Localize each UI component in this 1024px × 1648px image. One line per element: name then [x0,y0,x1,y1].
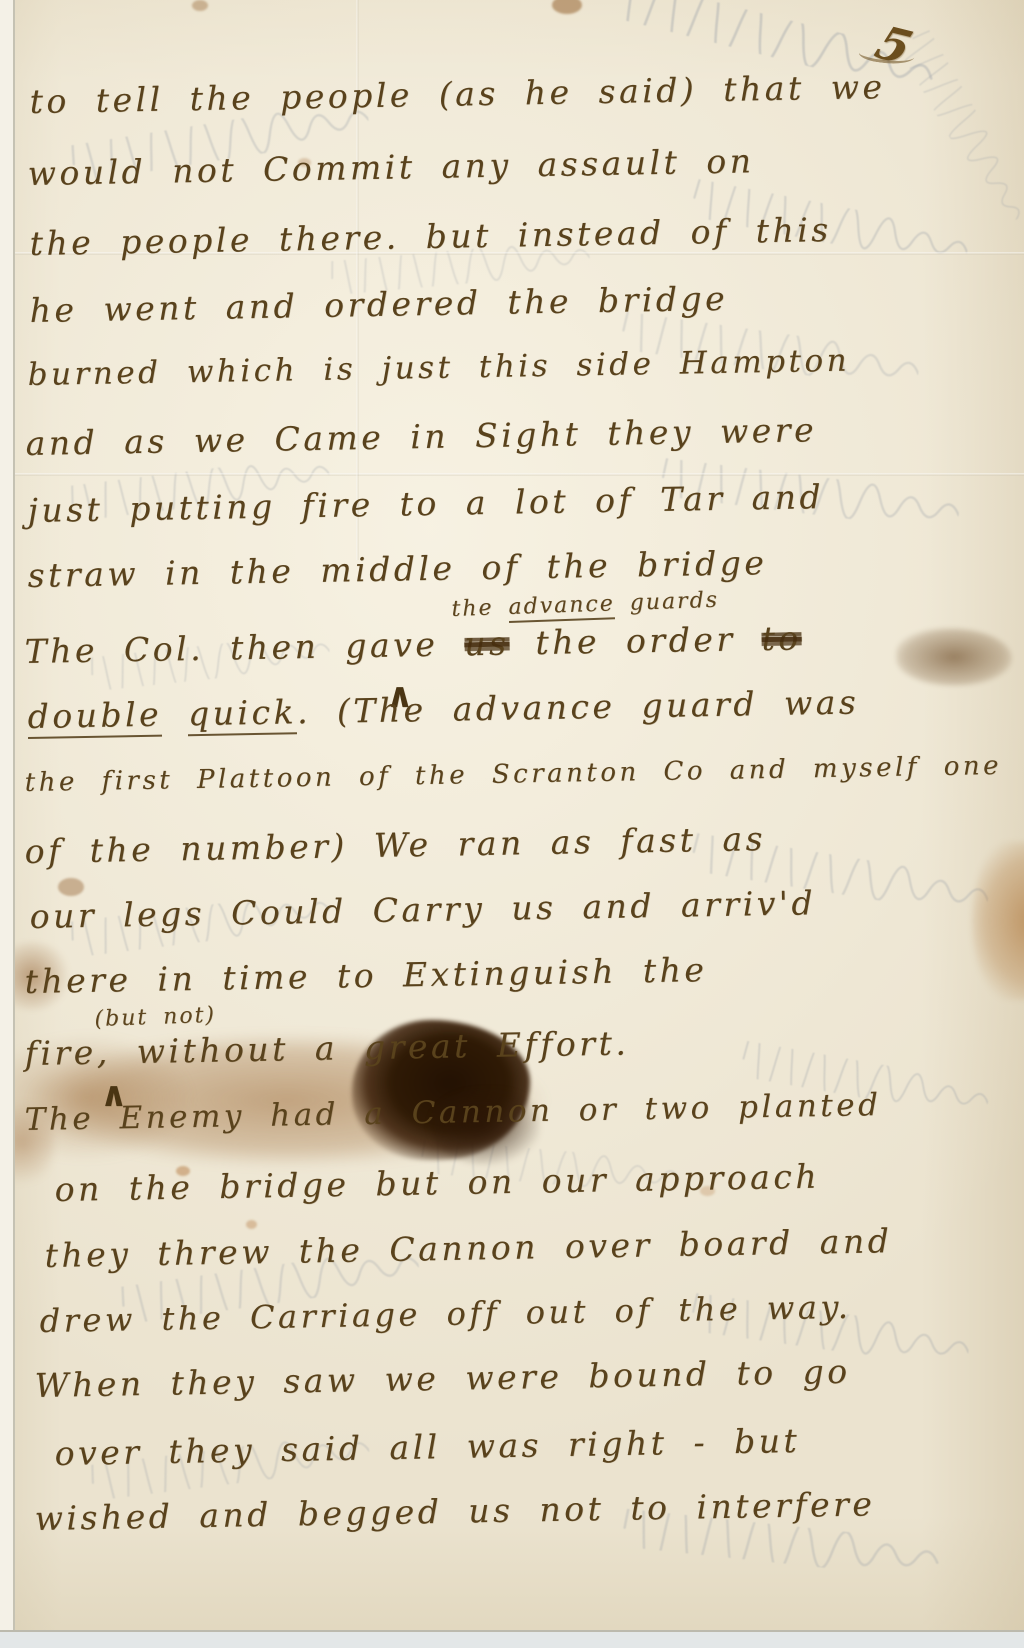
manuscript-line: of the number) We ran as fast as [24,819,766,871]
text-segment: our legs Could Carry us and arriv'd [29,883,816,936]
text-segment: double [27,695,162,739]
text-segment: advance [508,591,615,623]
text-segment: The Col. then gave [24,624,464,671]
fox-spot [192,0,208,11]
text-segment: straw in the middle of the bridge [27,543,767,595]
text-segment: the [451,595,509,622]
manuscript-line: double quick. (The advance guard was [27,682,859,736]
manuscript-line: on the bridge but on our approach [54,1157,820,1209]
manuscript-line: the people there. but instead of this [29,210,832,263]
text-segment: over they said all was right - but [54,1421,800,1473]
manuscript-line: to tell the people (as he said) that we [29,67,885,121]
manuscript-line: The Col. then gave us the order to [24,618,802,671]
manuscript-line: The Enemy had a Cannon or two planted [24,1087,881,1138]
fox-spot [246,1220,257,1229]
text-segment [162,694,189,733]
page-edge-bottom [0,1630,1024,1648]
text-segment: to tell the people (as he said) that we [29,67,885,121]
text-segment: to [761,618,802,658]
text-segment: there in time to Extinguish the [24,950,707,1001]
text-segment: the people there. but instead of this [29,210,832,263]
manuscript-line: over they said all was right - but [54,1421,800,1473]
interlinear-insertion: the advance guards [451,588,719,622]
page-edge-left [0,0,15,1648]
scratch-out-smudge [896,628,1012,686]
manuscript-page: 5 to tell the people (as he said) that w… [0,0,1024,1648]
text-segment: quick [188,692,298,736]
manuscript-line: and as we Came in Sight they were [25,410,817,463]
manuscript-line: they threw the Cannon over board and [44,1221,892,1275]
text-segment: on the bridge but on our approach [54,1157,820,1209]
manuscript-line: the first Plattoon of the Scranton Co an… [24,751,1002,798]
text-segment: the order [509,619,762,662]
text-segment: they threw the Cannon over board and [44,1221,892,1275]
text-segment: the first Plattoon of the Scranton Co an… [24,751,1002,798]
edge-stain [972,842,1024,1000]
text-segment: . (The advance guard was [297,682,860,731]
manuscript-line: our legs Could Carry us and arriv'd [29,883,816,936]
text-segment: us [464,624,510,664]
text-segment: When they saw we were bound to go [34,1352,851,1405]
text-segment: burned which is just this side Hampton [27,343,850,393]
bleed-through-writing [897,28,1024,228]
text-segment: The Enemy had a Cannon or two planted [24,1087,881,1138]
fold-crease [0,473,1024,476]
fox-spot [552,0,582,14]
manuscript-line: there in time to Extinguish the [24,950,707,1001]
manuscript-line: burned which is just this side Hampton [27,343,850,393]
fox-spot [58,878,84,896]
text-segment: of the number) We ran as fast as [24,819,766,871]
text-segment: (but not) [94,1003,216,1032]
text-segment: and as we Came in Sight they were [25,410,817,463]
interlinear-insertion: (but not) [94,1003,216,1032]
text-segment: guards [614,588,719,617]
manuscript-line: When they saw we were bound to go [34,1352,851,1405]
manuscript-line: straw in the middle of the bridge [27,543,767,595]
